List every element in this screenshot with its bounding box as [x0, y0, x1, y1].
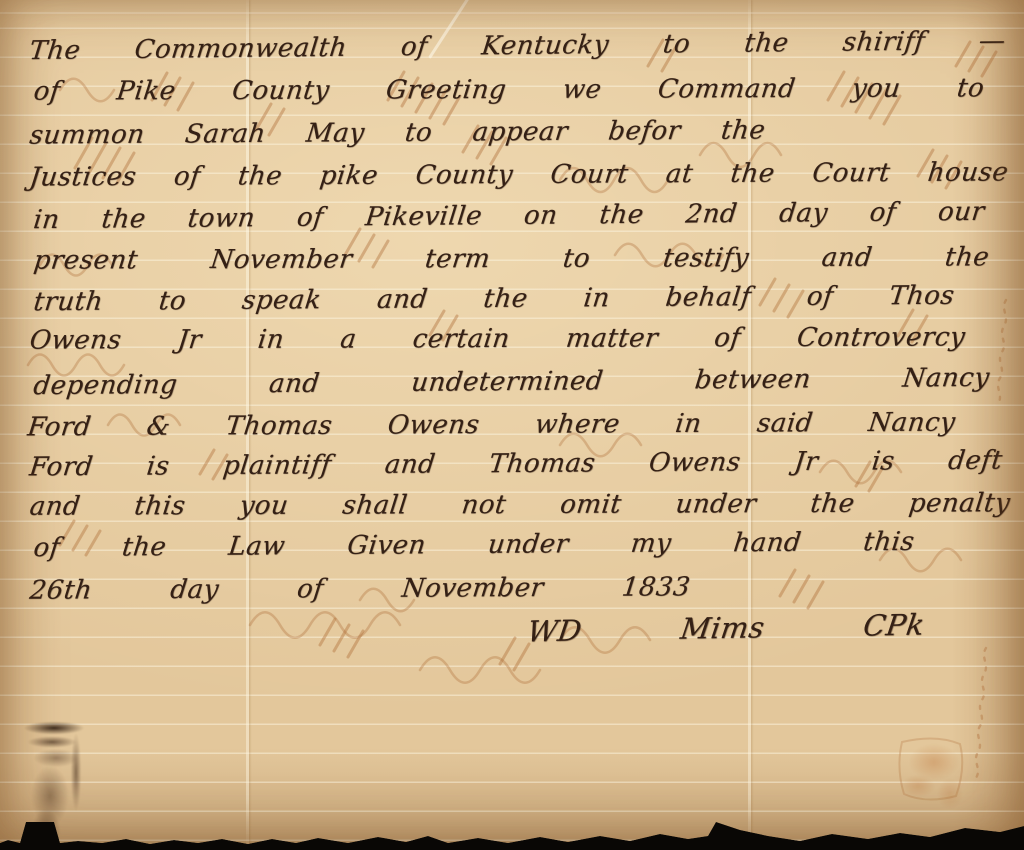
handwritten-line: Justices of the pike County Court at the…: [28, 156, 1010, 193]
date-line: 26th day of November 1833: [28, 571, 692, 606]
handwritten-line: of Pike County Greeting we Command you t…: [32, 72, 986, 107]
handwritten-line: and this you shall not omit under the pe…: [28, 487, 1012, 522]
handwritten-line: Ford is plaintiff and Thomas Owens Jr is…: [28, 445, 1005, 484]
ink-stamp-smudge: [20, 710, 102, 850]
faded-red-stamp: [890, 728, 976, 816]
handwritten-line: Ford & Thomas Owens where in said Nancy: [26, 407, 957, 444]
handwritten-line: present November term to testify and the: [32, 241, 991, 276]
horizontal-fold-crease: [0, 12, 1024, 14]
handwritten-line: of the Law Given under my hand this: [32, 526, 916, 564]
handwritten-line: in the town of Pikeville on the 2nd day …: [32, 196, 987, 236]
handwritten-line: Owens Jr in a certain matter of Controve…: [28, 321, 967, 356]
signature: WD Mims CPk: [525, 609, 927, 648]
handwritten-line: depending and undetermined between Nancy: [32, 362, 992, 402]
scanned-document: The Commonwealth of Kentucky to the shir…: [0, 0, 1024, 850]
document-page: The Commonwealth of Kentucky to the shir…: [0, 0, 1024, 850]
handwritten-line: summon Sarah May to appear befor the: [28, 114, 767, 151]
handwritten-line: truth to speak and the in behalf of Thos: [32, 280, 956, 318]
handwritten-line: The Commonwealth of Kentucky to the shir…: [28, 25, 1008, 67]
